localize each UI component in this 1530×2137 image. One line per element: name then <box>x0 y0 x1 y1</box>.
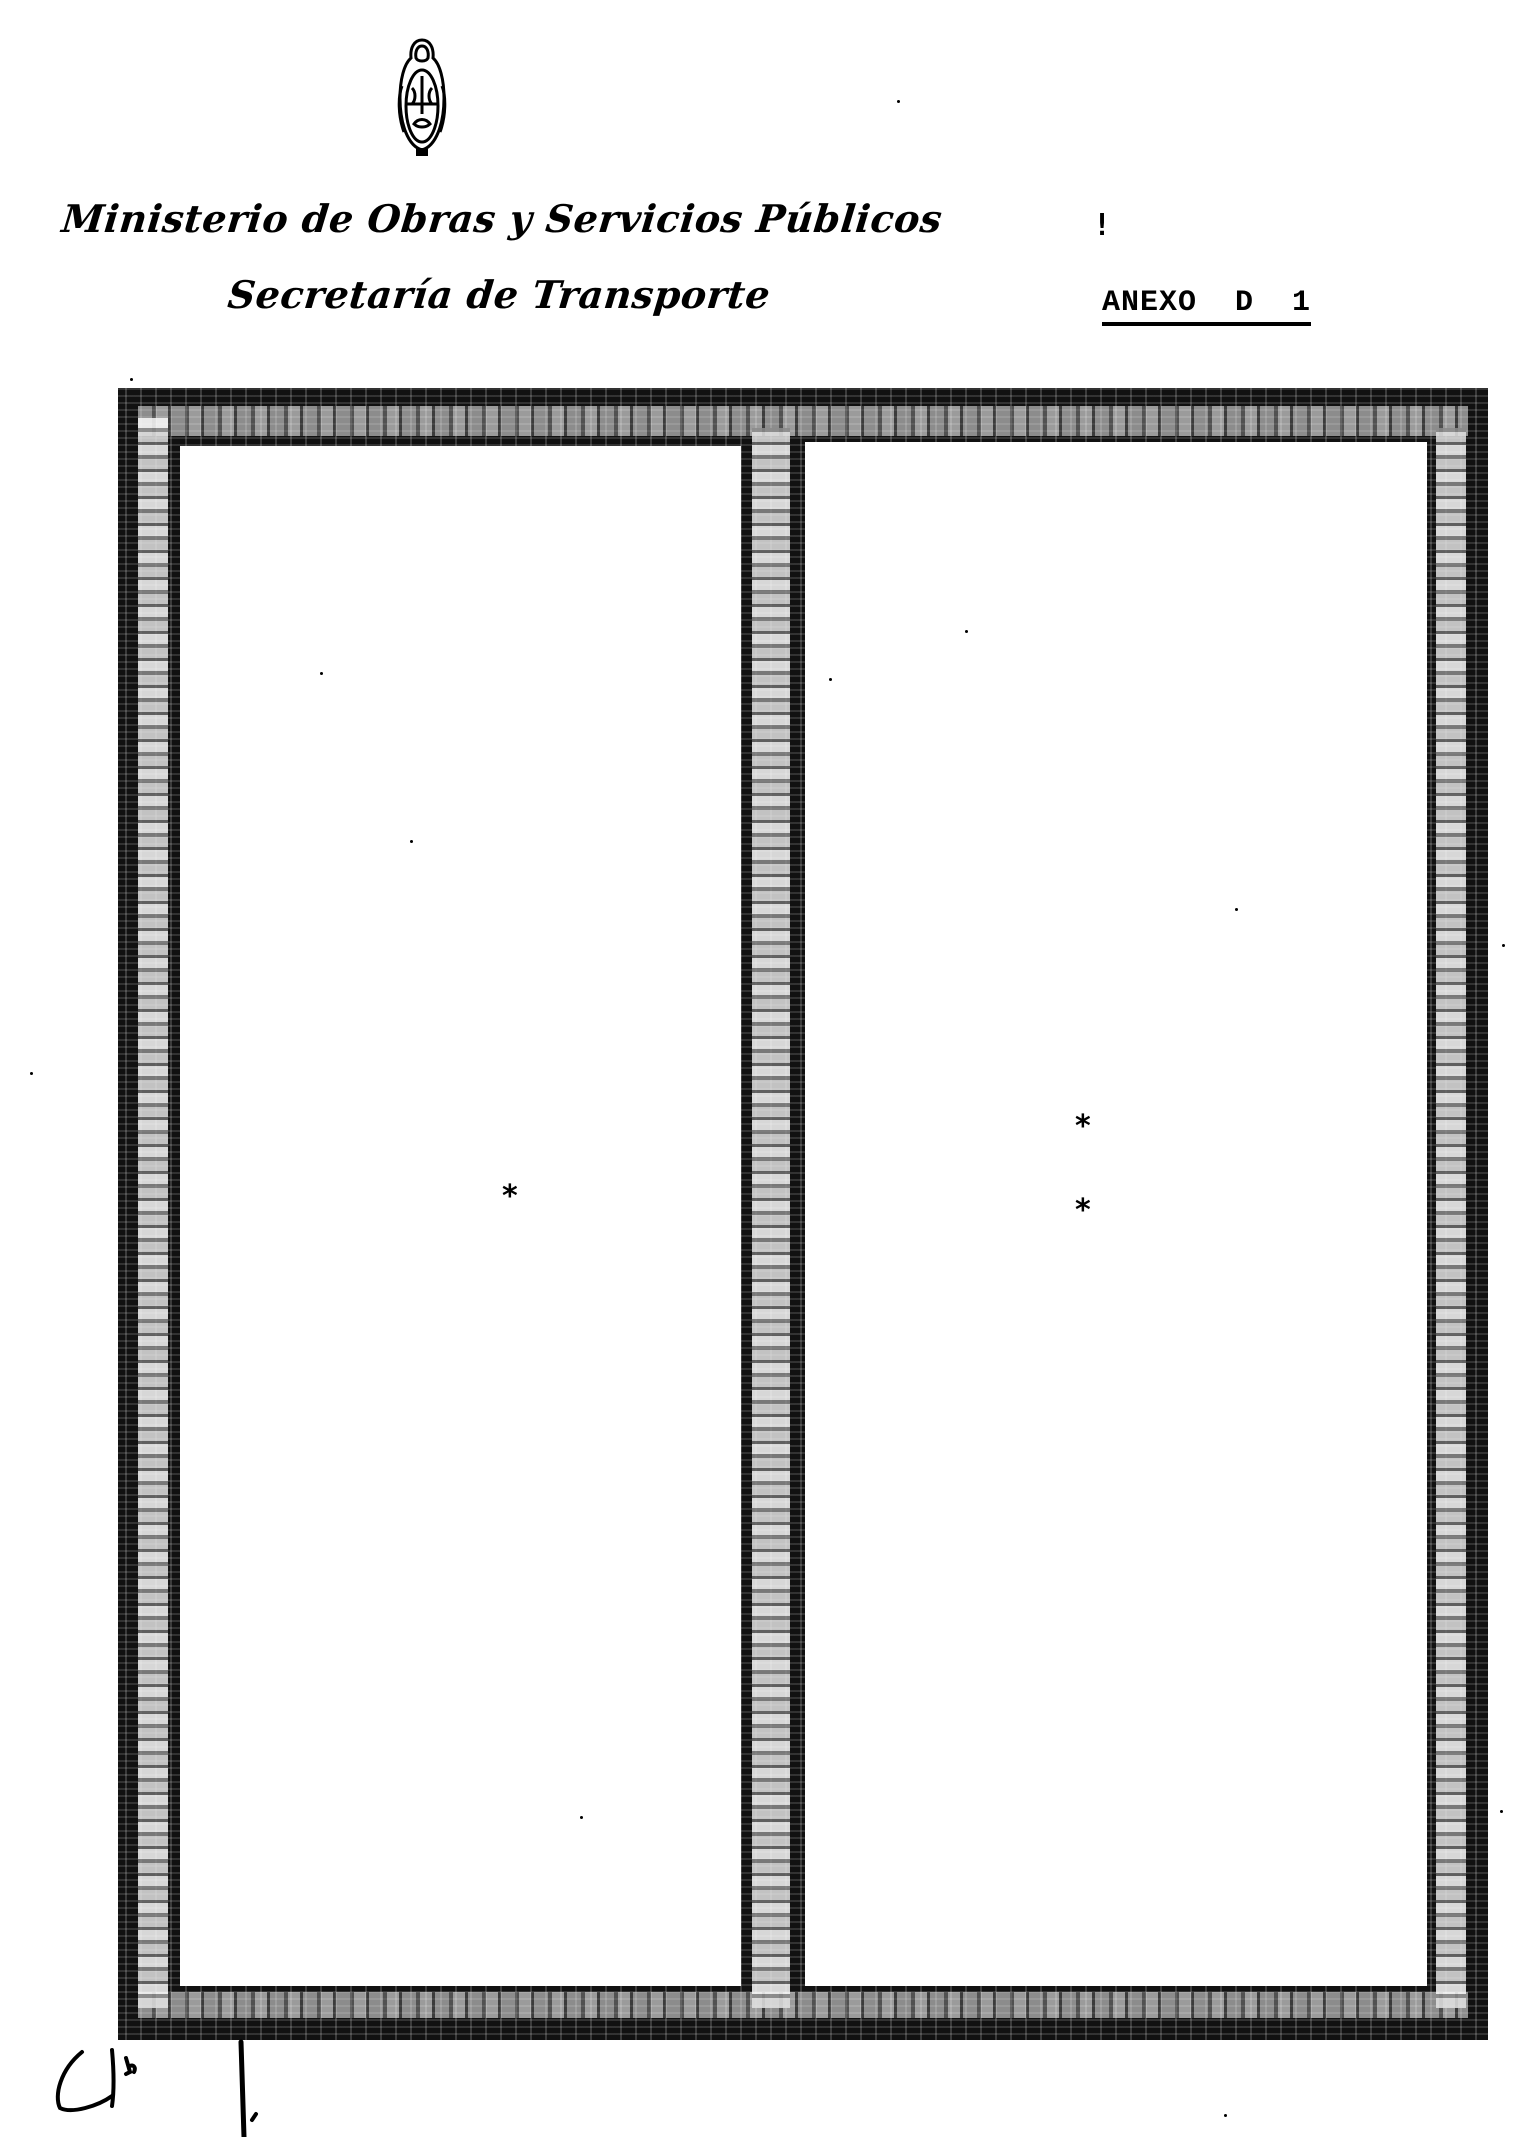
margin-mark: ! <box>1093 208 1111 243</box>
scan-speck <box>130 378 133 381</box>
scan-speck <box>1235 908 1238 911</box>
scan-speck <box>897 100 900 103</box>
scan-speck <box>829 678 832 681</box>
asterisk-mark: * <box>502 1182 518 1212</box>
left-panel: * <box>180 446 741 1986</box>
frame-left-texture <box>138 418 168 2008</box>
scan-speck <box>30 1072 33 1075</box>
handwritten-initials <box>50 2036 350 2137</box>
scan-speck <box>320 672 323 675</box>
ministry-heading: Ministerio de Obras y Servicios Públicos <box>60 196 945 241</box>
document-page: Ministerio de Obras y Servicios Públicos… <box>0 0 1530 2137</box>
scan-speck <box>1224 2114 1227 2117</box>
scan-speck <box>965 630 968 633</box>
right-panel: * * <box>805 442 1427 1986</box>
scan-speck <box>1502 944 1505 947</box>
scan-speck <box>580 1816 583 1819</box>
scan-speck <box>1500 1810 1503 1813</box>
secretariat-heading: Secretaría de Transporte <box>226 272 773 317</box>
double-panel-frame: * * * <box>118 388 1488 2040</box>
annex-label: ANEXO D 1 <box>1102 286 1311 326</box>
frame-top-texture <box>138 406 1468 436</box>
frame-bottom-texture <box>138 1992 1468 2018</box>
asterisk-mark: * <box>1075 1112 1091 1142</box>
scan-speck <box>410 840 413 843</box>
coat-of-arms-icon <box>392 36 452 160</box>
asterisk-mark: * <box>1075 1196 1091 1226</box>
frame-center-texture <box>752 428 790 2008</box>
frame-right-texture <box>1436 428 1466 2008</box>
